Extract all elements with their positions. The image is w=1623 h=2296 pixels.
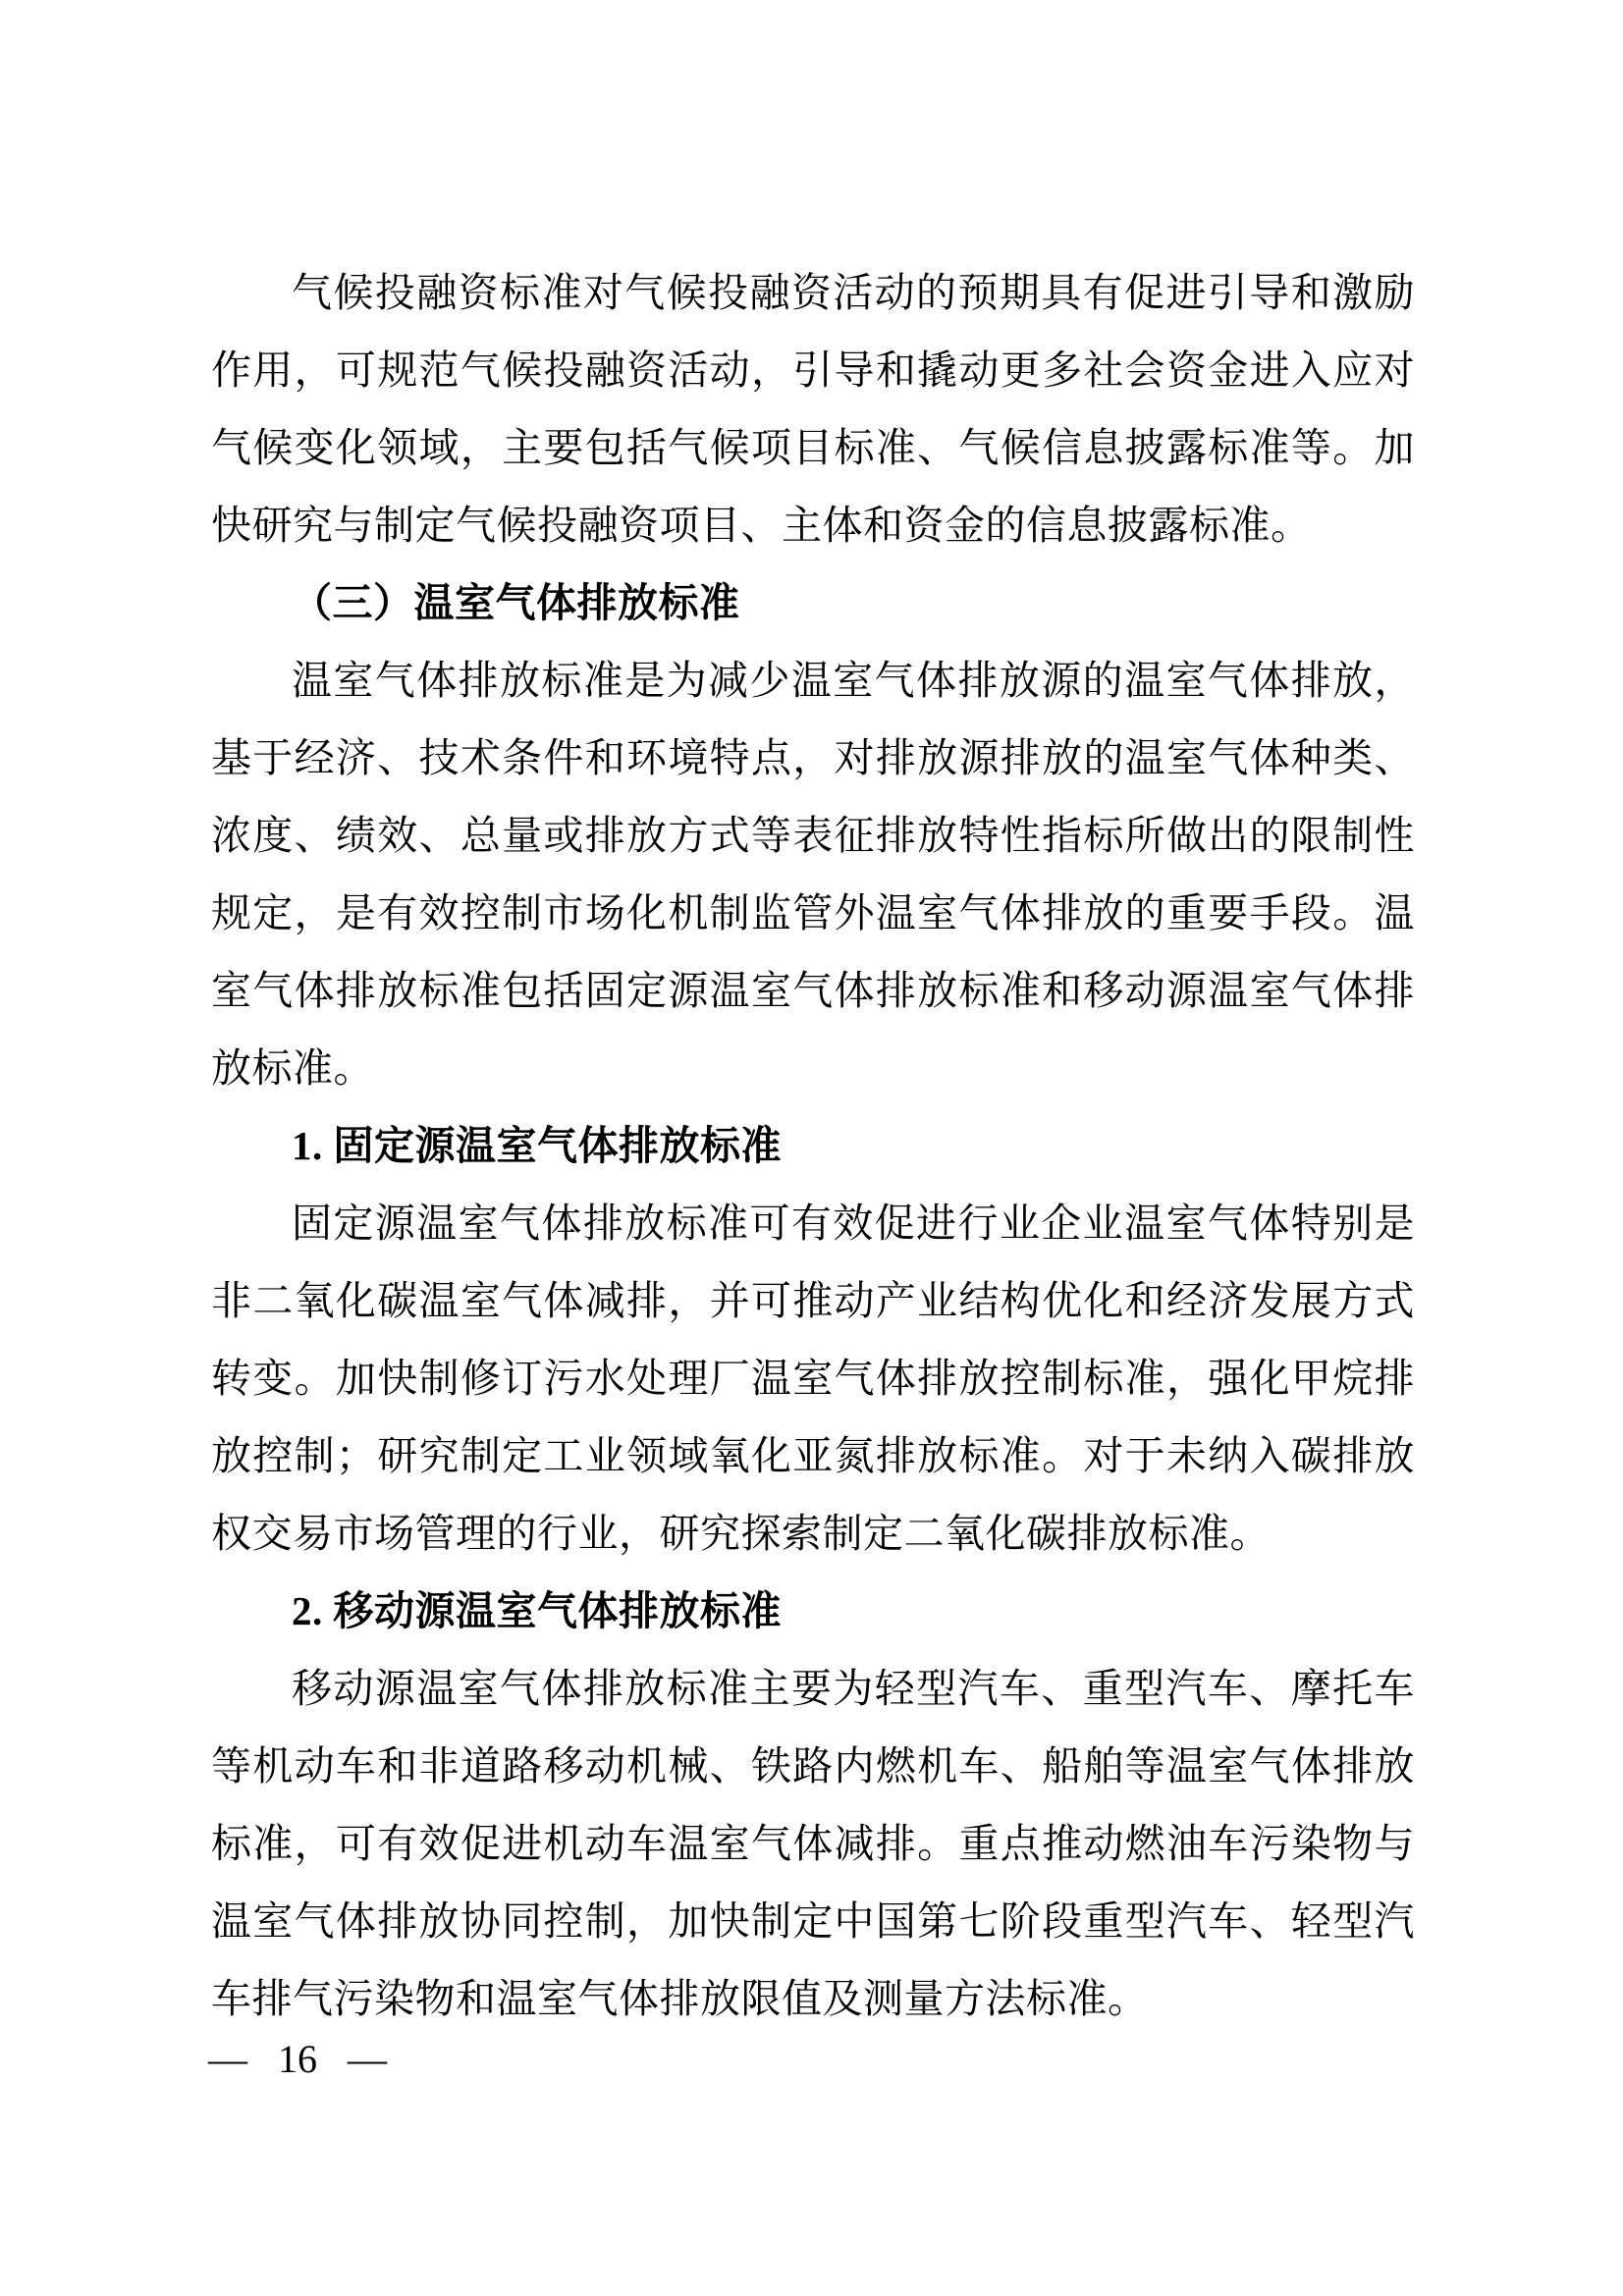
page-footer: — 16 — <box>208 2034 387 2083</box>
section-heading: （三）温室气体排放标准 <box>211 564 1415 642</box>
subsection-heading: 1. 固定源温室气体排放标准 <box>211 1107 1415 1185</box>
body-line: 气候投融资标准对气候投融资活动的预期具有促进引导和激励 <box>211 254 1415 332</box>
body-line: 放控制；研究制定工业领域氧化亚氮排放标准。对于未纳入碳排放 <box>211 1417 1415 1495</box>
body-line: 气候变化领域，主要包括气候项目标准、气候信息披露标准等。加 <box>211 409 1415 487</box>
body-line: 权交易市场管理的行业，研究探索制定二氧化碳排放标准。 <box>211 1495 1415 1573</box>
body-line: 浓度、绩效、总量或排放方式等表征排放特性指标所做出的限制性 <box>211 797 1415 875</box>
page-body: 气候投融资标准对气候投融资活动的预期具有促进引导和激励 作用，可规范气候投融资活… <box>211 254 1415 2038</box>
body-line: 非二氧化碳温室气体减排，并可推动产业结构优化和经济发展方式 <box>211 1262 1415 1340</box>
subsection-heading: 2. 移动源温室气体排放标准 <box>211 1573 1415 1650</box>
body-line: 标准，可有效促进机动车温室气体减排。重点推动燃油车污染物与 <box>211 1805 1415 1883</box>
footer-left-dash: — <box>208 2036 247 2082</box>
body-line: 等机动车和非道路移动机械、铁路内燃机车、船舶等温室气体排放 <box>211 1728 1415 1805</box>
document-page: 气候投融资标准对气候投融资活动的预期具有促进引导和激励 作用，可规范气候投融资活… <box>0 0 1623 2296</box>
body-line: 规定，是有效控制市场化机制监管外温室气体排放的重要手段。温 <box>211 875 1415 952</box>
body-line: 基于经济、技术条件和环境特点，对排放源排放的温室气体种类、 <box>211 720 1415 797</box>
body-line: 室气体排放标准包括固定源温室气体排放标准和移动源温室气体排 <box>211 952 1415 1030</box>
page-number: 16 <box>278 2036 317 2082</box>
body-line: 固定源温室气体排放标准可有效促进行业企业温室气体特别是 <box>211 1185 1415 1262</box>
body-line: 车排气污染物和温室气体排放限值及测量方法标准。 <box>211 1960 1415 2038</box>
body-line: 转变。加快制修订污水处理厂温室气体排放控制标准，强化甲烷排 <box>211 1340 1415 1417</box>
body-line: 作用，可规范气候投融资活动，引导和撬动更多社会资金进入应对 <box>211 332 1415 409</box>
body-line: 快研究与制定气候投融资项目、主体和资金的信息披露标准。 <box>211 487 1415 564</box>
body-line: 放标准。 <box>211 1030 1415 1107</box>
body-line: 温室气体排放标准是为减少温室气体排放源的温室气体排放， <box>211 642 1415 720</box>
body-line: 移动源温室气体排放标准主要为轻型汽车、重型汽车、摩托车 <box>211 1650 1415 1728</box>
body-line: 温室气体排放协同控制，加快制定中国第七阶段重型汽车、轻型汽 <box>211 1883 1415 1960</box>
footer-right-dash: — <box>348 2036 387 2082</box>
